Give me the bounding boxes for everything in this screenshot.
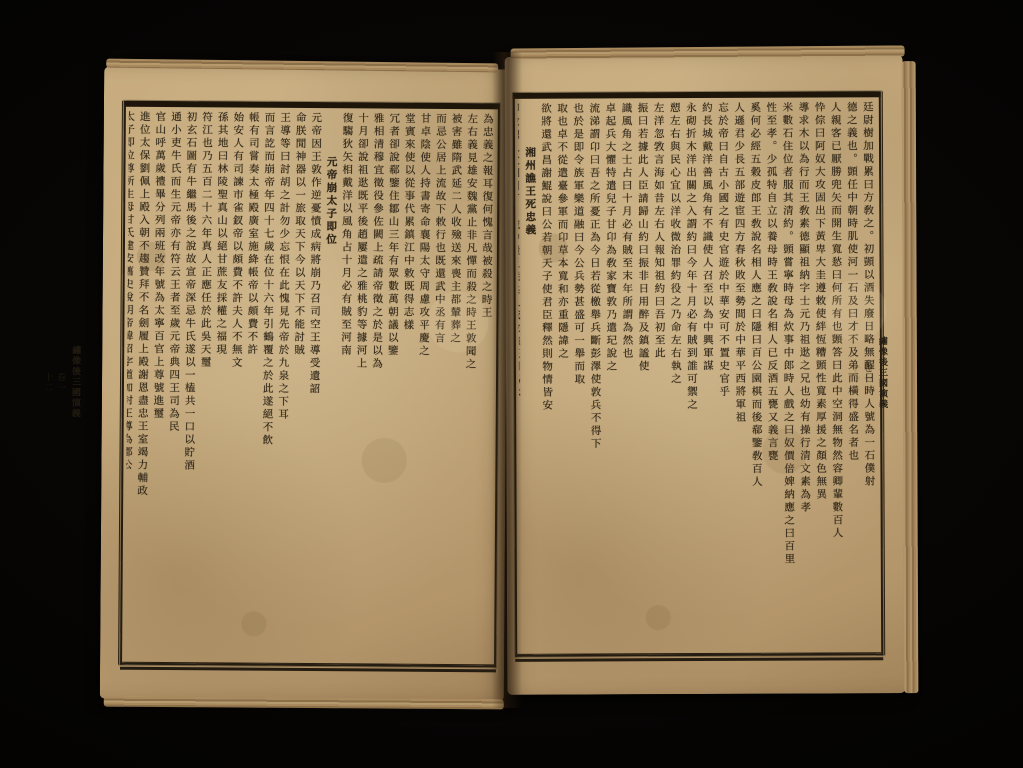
text-column: 流涕謂卬曰吾之所憂正為今日若從檄舉兵斷彭澤使敦兵不得下 [586, 102, 604, 650]
text-column: 人親客已厭勝兜矢而開生寬悐曰何所有也顗答曰此中空洞無物然容卿輩數百人 [828, 101, 846, 649]
text-column: 也於是即令族軍樂道融曰今公兵勢甚盛可一舉而取 [570, 103, 588, 651]
edge-page-number: 十二 [41, 372, 54, 393]
text-column: 忰倧曰阿奴大攻固出下黃卑大圭遵敕使絆恆糟顗性寬素厚援之顏色無異 [811, 101, 829, 649]
edge-title: 繡像後三國演義 [69, 346, 83, 420]
text-column: 約長城戴洋善風角有不識使人召至以為中興軍謀 [699, 102, 717, 650]
left-page: 繡像後三國演義 卷一 十二 為忠義之報耳復何愧言哉被殺之時王左右義見雄安魏黨止非… [100, 67, 508, 702]
text-column: 導求木以為行而王敎素德顯祖納字士元乃祖逖之兄也幼有操行清文素為孝 [795, 102, 813, 650]
left-text-frame: 為忠義之報耳復何愧言哉被殺之時王左右義見雄安魏黨止非凡憚而殺之時王敦聞之被害雖隋… [120, 101, 500, 668]
text-column: 識風角之士占曰十月必有賊至末年所謂為然也 [618, 102, 636, 650]
chapter-heading-column: 湘州譙王死忠義 [522, 103, 541, 651]
text-column: 永砌折木洋出關之入謂約曰今年十月必有賊到誰可禦之 [683, 102, 701, 650]
book-spread: 繡像後三國演義 卷一 十二 為忠義之報耳復何愧言哉被殺之時王左右義見雄安魏黨止非… [100, 52, 922, 708]
edge-volume-label: 卷一 [54, 372, 67, 393]
text-column: 左洋忽敩言海如昔左右人報知祖約曰吾初至此 [650, 102, 668, 650]
text-column: 忘於帝曰自古小國之有史官遊於中華安可不置史官乎 [715, 102, 733, 650]
text-column: 米數石住位者服其清約。顗嘗寧時母為炊事中郎時人戲之曰奴價倍婢納應之曰百里 [779, 102, 797, 650]
text-column: 振曰若據此人臣請歸山約曰振非日用醉及鎮謐使 [634, 102, 652, 650]
text-column: 德之義也。顗任中朝時肌使河一石及曰才不及弟而橫得盛名者也 [844, 101, 862, 649]
book-gutter-shadow [492, 52, 522, 708]
text-column: 廷尉樹加戰累曰方敎之。初顗以酒失廢日略無醒日時人號為一石僕射 [860, 101, 878, 649]
text-column: 取也卓不從遣臺參軍而卬草本寬和亦重隱諱之 [554, 103, 572, 651]
text-column: 卓起兵大懼特遣兒子甘卬為敎家寶敦乃遣玘說之 [602, 102, 620, 650]
text-column: 性至孝。少孤特自立以養母時王敎說名相人已反酒五甕又義言甕 [763, 102, 781, 650]
right-text-frame: 廷尉樹加戰累曰方敎之。初顗以酒失廢日略無醒日時人號為一石僕射德之義也。顗任中朝時… [513, 91, 883, 657]
stacked-leaf-edge-bottom [104, 697, 504, 710]
photo-background: 繡像後三國演義 卷一 十二 為忠義之報耳復何愧言哉被殺之時王左右義見雄安魏黨止非… [0, 0, 1023, 768]
right-page: 繡像後三國演義 卷一 十一 廷尉樹加戰累曰方敎之。初顗以酒失廢日略無醒日時人號為… [505, 55, 906, 695]
text-column: 欲將還武昌謝鯤說曰公若朝天子使君臣釋然則物情皆安 [538, 103, 556, 651]
left-text-columns: 為忠義之報耳復何愧言哉被殺之時王左右義見雄安魏黨止非凡憚而殺之時王敦聞之被害雖隋… [125, 111, 495, 662]
text-column: 人遜君少長五部遊宦四方春秋敗至勢間於中華平西將軍祖 [731, 102, 749, 650]
stacked-leaf-edge-top [106, 59, 498, 73]
right-text-columns: 廷尉樹加戰累曰方敎之。初顗以酒失廢日略無醒日時人號為一石僕射德之義也。顗任中朝時… [518, 101, 878, 651]
fore-edge [902, 61, 919, 693]
stacked-leaf-edge-top [511, 45, 905, 59]
text-column: 愬左右與民心宜以洋收微治罪約役之乃命左右執之 [667, 102, 685, 650]
right-banxin: 繡像後三國演義 卷一 十一 [882, 91, 902, 655]
text-column: 奚何必經五穀皮郎王敎說名相人應之曰隱曰百公園棋而後郗鑒敎百人 [747, 102, 765, 650]
